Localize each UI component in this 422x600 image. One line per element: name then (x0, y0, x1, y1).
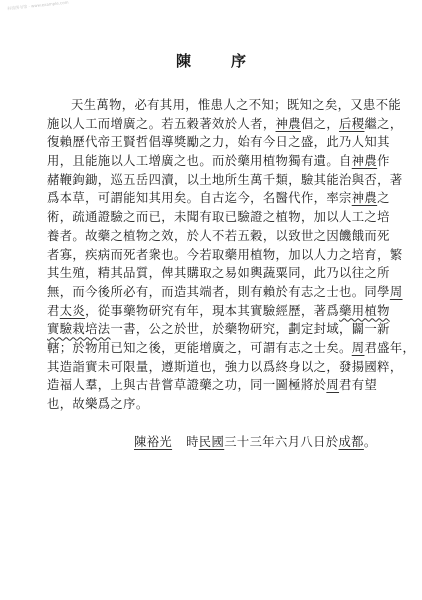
signature-line: 陳裕光時民國三十三年六月八日於成都。 (134, 432, 377, 450)
text-line: 者寡，疾病而死者衆也。今若取藥用植物，加以人力之培育，繁 (47, 246, 377, 265)
era-name: 民國 (199, 435, 224, 449)
text-segment: 用，且能施以人工增廣之也。而於藥用植物獨有遺。自 (47, 154, 352, 168)
text-line: 赭鞭鉤鋤，巡五岳四瀆，以土地所生萬千類，驗其能治與否，著 (47, 171, 377, 190)
text-line: 其生殖，精其品質，俾其購取之易如輿蔬粟同，此乃以往之所 (47, 264, 377, 283)
proper-noun-mark: 太炎 (60, 304, 85, 318)
text-segment: 者寡，疾病而死者衆也。今若取藥用植物，加以人力之培育，繁 (47, 248, 403, 262)
proper-noun-mark: 神農 (276, 117, 301, 131)
text-segment: 其造詣實未可限量，遵斯道也，強力以爲終身以之，發揚國粹， (47, 360, 403, 374)
text-segment: 養者。故藥之植物之效，於人不若五穀，以致世之因饑餓而死 (47, 229, 390, 243)
text-line: 爲本草，可謂能知其用矣。自古迄今，名醫代作，率宗神農之 (47, 189, 377, 208)
text-segment: 其生殖，精其品質，俾其購取之易如輿蔬粟同，此乃以往之所 (47, 266, 390, 280)
text-segment: 轄；於物用已知之後，更能增廣之，可謂有志之士矣。 (47, 341, 352, 355)
text-segment: 施以人工而增廣之。若五穀著效於人者， (47, 117, 276, 131)
text-line: 術，疏通證驗之而已，未聞有取已驗證之植物，加以人工之培 (47, 208, 377, 227)
text-line: 無，而今後所必有，而造其端者，則有賴於有志之士也。同學周 (47, 283, 377, 302)
text-segment: 君有望 (339, 378, 377, 392)
place-name: 成都 (338, 435, 363, 449)
text-segment: 一書，公之於世，於藥物研究，劃定封域，闢一新 (111, 322, 390, 336)
proper-noun-mark: 實驗栽培法 (47, 322, 111, 336)
text-line: 也，故樂爲之序。 (47, 395, 377, 414)
text-segment: 繼之， (364, 117, 402, 131)
text-line: 用，且能施以人工增廣之也。而於藥用植物獨有遺。自神農作 (47, 152, 377, 171)
text-line: 養者。故藥之植物之效，於人不若五穀，以致世之因饑餓而死 (47, 227, 377, 246)
page-title: 陳序 (0, 50, 422, 71)
text-segment: 倡之， (301, 117, 339, 131)
text-segment: 爲本草，可謂能知其用矣。自古迄今，名醫代作，率宗 (47, 191, 352, 205)
proper-noun-mark: 神農 (352, 154, 377, 168)
text-segment: 天生萬物，必有其用，惟患人之不知；既知之矣，又患不能 (71, 98, 401, 112)
proper-noun-mark: 周 (352, 341, 365, 355)
preface-paragraph: 天生萬物，必有其用，惟患人之不知；既知之矣，又患不能施以人工而增廣之。若五穀著效… (47, 96, 377, 414)
text-segment: 復賴歷代帝王賢哲倡導獎勵之力，始有今日之盛，此乃人知其 (47, 135, 390, 149)
text-segment: ，從事藥物研究有年，現本其實驗經歷，著爲 (85, 304, 339, 318)
text-segment: 術，疏通證驗之而已，未聞有取已驗證之植物，加以人工之培 (47, 210, 390, 224)
text-segment: 無，而今後所必有，而造其端者，則有賴於有志之士也。同學 (47, 285, 390, 299)
proper-noun-mark: 后稷 (339, 117, 364, 131)
text-segment: 造福人羣，上與古昔嘗草證藥之功，同一圖極將於 (47, 378, 326, 392)
text-segment: 赭鞭鉤鋤，巡五岳四瀆，以土地所生萬千類，驗其能治與否，著 (47, 173, 403, 187)
watermark: 科技图书馆 · www.example.com (7, 0, 69, 12)
date-text: 三十三年六月八日於 (224, 435, 338, 449)
text-line: 天生萬物，必有其用，惟患人之不知；既知之矣，又患不能 (47, 96, 377, 115)
text-segment: 君盛年， (364, 341, 415, 355)
proper-noun-mark: 藥用植物 (339, 304, 390, 318)
text-line: 君太炎，從事藥物研究有年，現本其實驗經歷，著爲藥用植物 (47, 302, 377, 321)
proper-noun-mark: 周 (390, 285, 403, 299)
end-mark: 。 (364, 435, 377, 449)
title-char-2: 序 (231, 50, 246, 71)
text-segment: 君 (47, 304, 60, 318)
text-segment: 作 (377, 154, 390, 168)
title-char-1: 陳 (176, 50, 191, 71)
text-line: 施以人工而增廣之。若五穀著效於人者，神農倡之，后稷繼之， (47, 115, 377, 134)
text-line: 其造詣實未可限量，遵斯道也，強力以爲終身以之，發揚國粹， (47, 358, 377, 377)
text-line: 造福人羣，上與古昔嘗草證藥之功，同一圖極將於周君有望 (47, 376, 377, 395)
text-line: 復賴歷代帝王賢哲倡導獎勵之力，始有今日之盛，此乃人知其 (47, 133, 377, 152)
text-segment: 之 (377, 191, 390, 205)
text-line: 實驗栽培法一書，公之於世，於藥物研究，劃定封域，闢一新 (47, 320, 377, 339)
date-prefix: 時 (186, 435, 199, 449)
proper-noun-mark: 神農 (352, 191, 377, 205)
proper-noun-mark: 周 (326, 378, 339, 392)
text-segment: 也，故樂爲之序。 (47, 397, 149, 411)
text-line: 轄；於物用已知之後，更能增廣之，可謂有志之士矣。周君盛年， (47, 339, 377, 358)
author-name: 陳裕光 (134, 435, 172, 449)
